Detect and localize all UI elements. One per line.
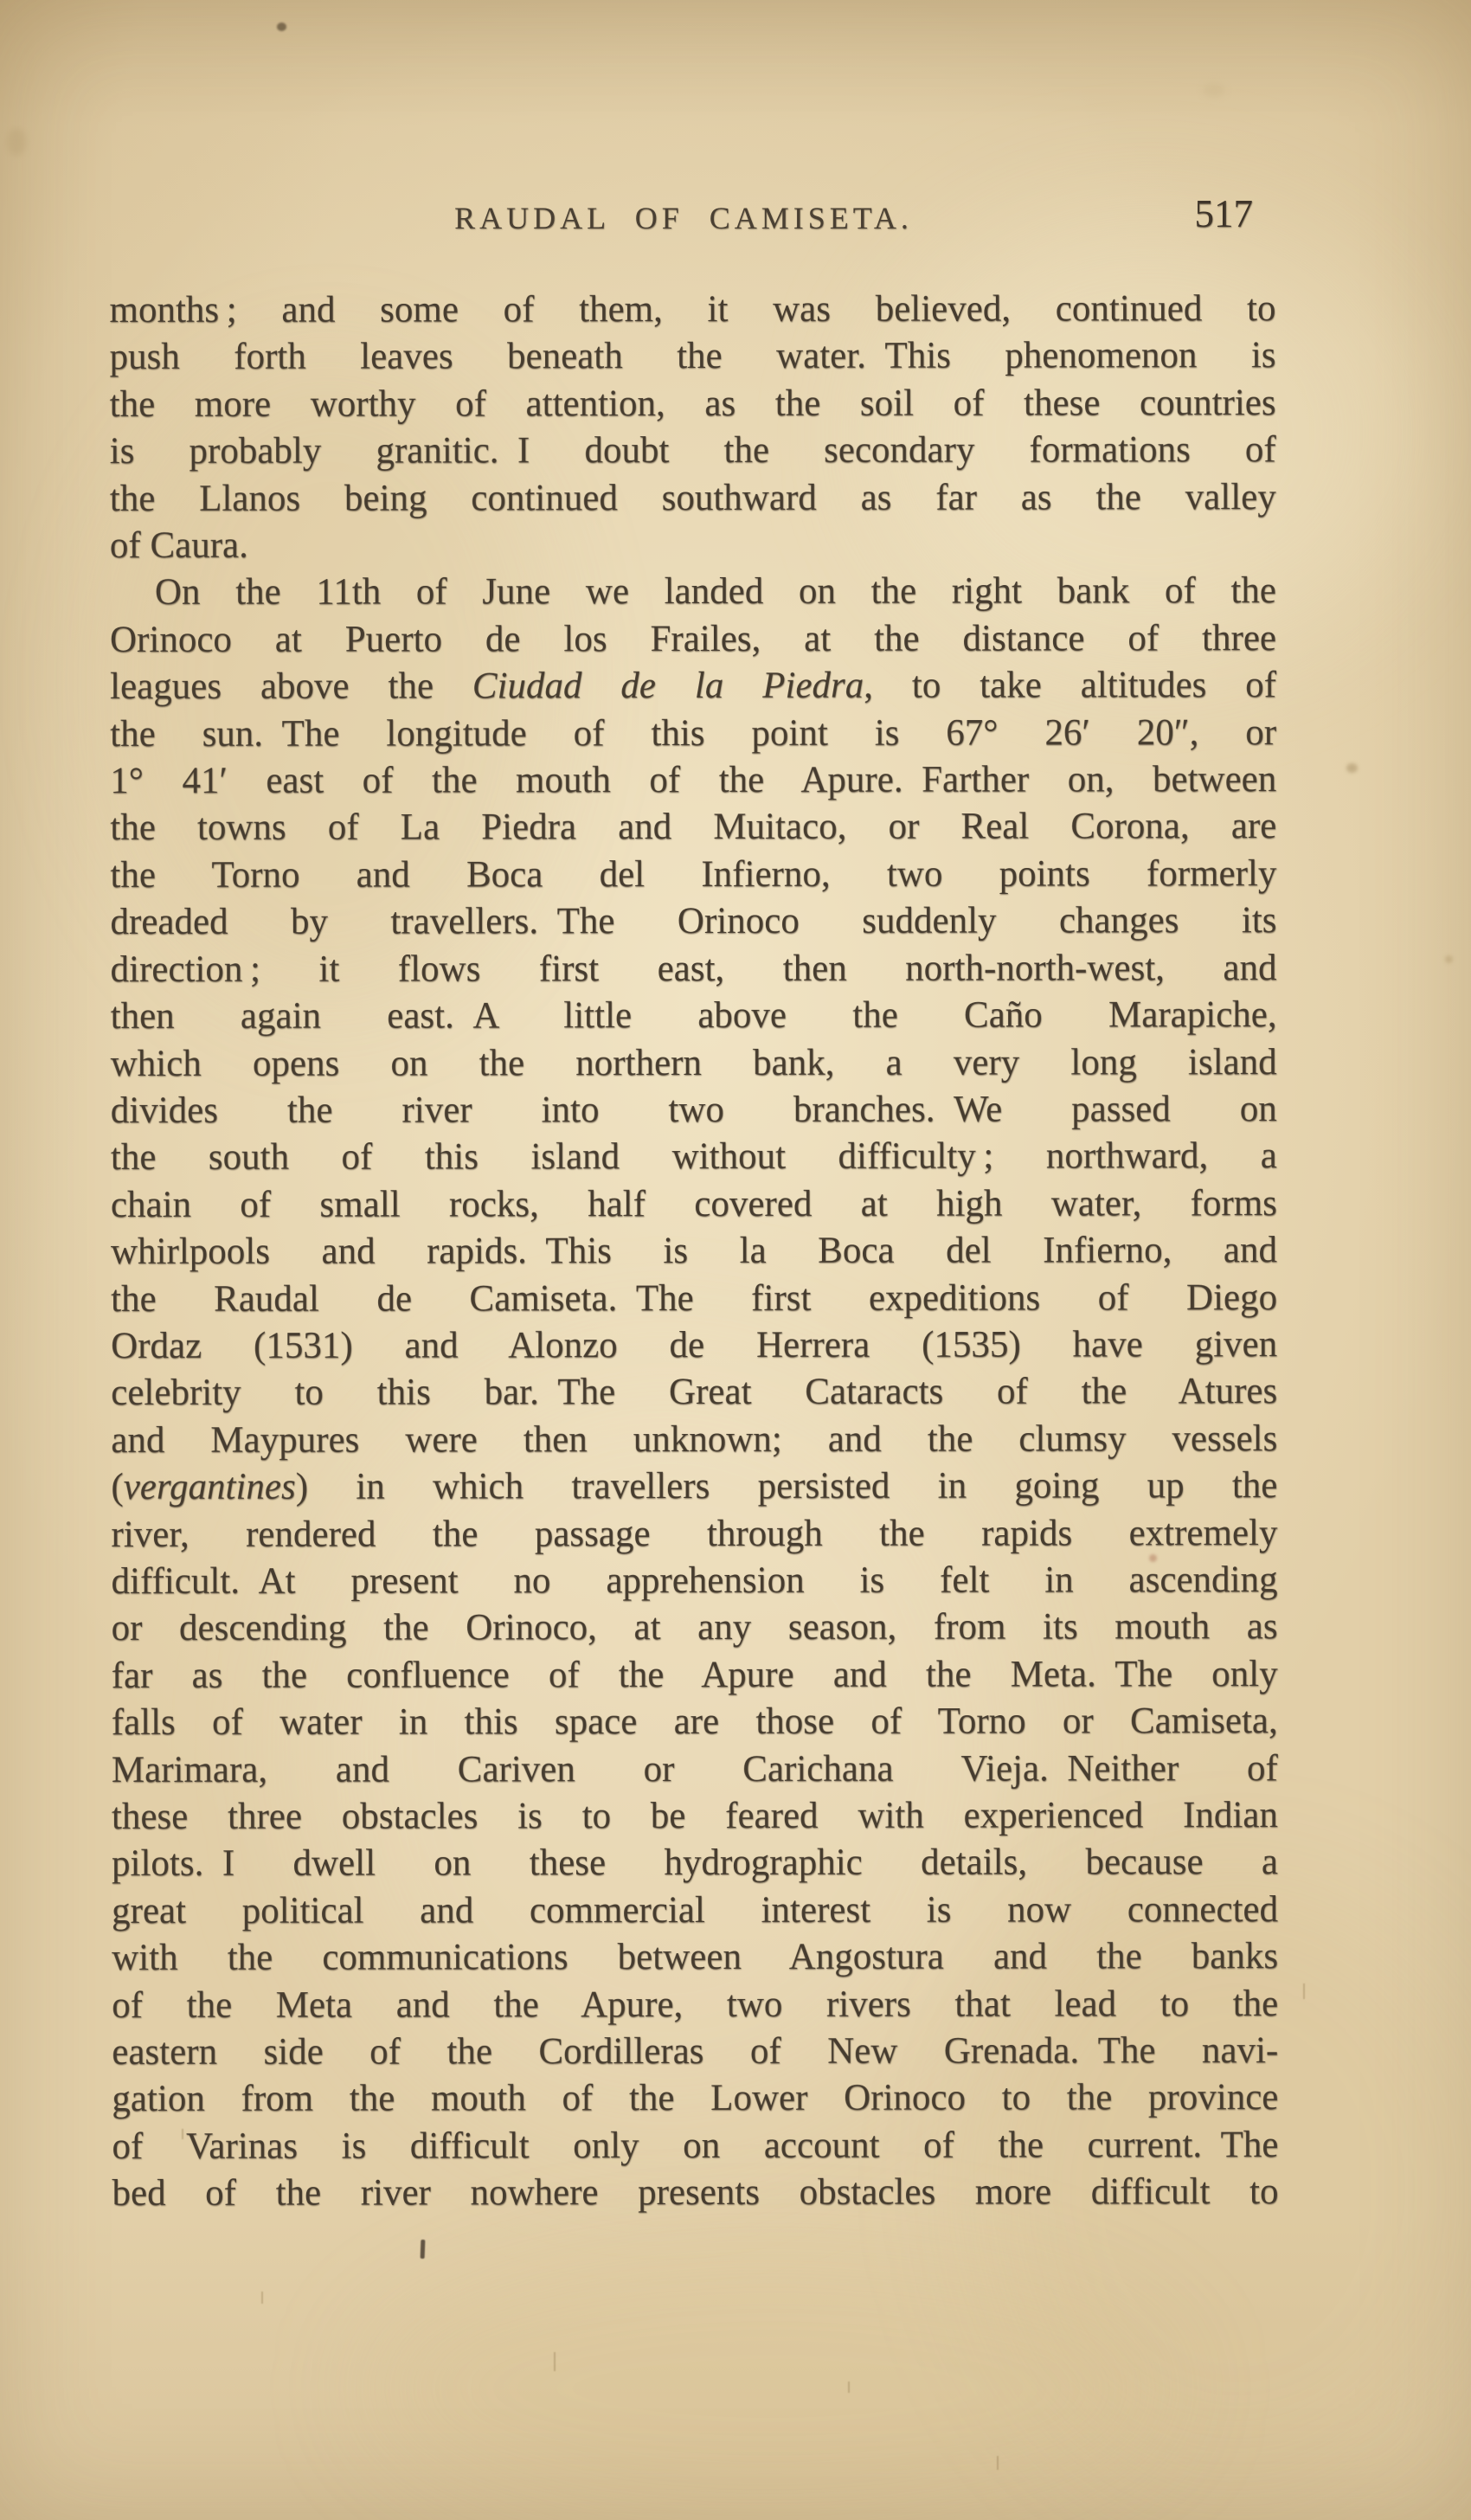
text-line: the south of this island without difficu… — [111, 1133, 1277, 1181]
page-sheet: RAUDAL OF CAMISETA. 517 months ; and som… — [0, 0, 1471, 2520]
text-line: the sun. The longitude of this point is … — [110, 710, 1276, 758]
paper-fiber — [1303, 1983, 1305, 1999]
paper-fiber — [261, 2292, 263, 2304]
text-line: chain of small rocks, half covered at hi… — [111, 1180, 1277, 1229]
text-line: leagues above the Ciudad de la Piedra, t… — [110, 662, 1276, 710]
text-line: months ; and some of them, it was believ… — [109, 286, 1275, 334]
text-line: gation from the mouth of the Lower Orino… — [112, 2074, 1278, 2123]
text-line: which opens on the northern bank, a very… — [111, 1039, 1277, 1088]
text-line: eastern side of the Cordilleras of New G… — [112, 2028, 1278, 2076]
text-line: celebrity to this bar. The Great Catarac… — [111, 1368, 1277, 1417]
ink-smudge — [421, 2240, 426, 2259]
text-line: is probably granitic. I doubt the second… — [110, 427, 1276, 475]
running-header-title: RAUDAL OF CAMISETA. — [100, 200, 1267, 236]
text-line: these three obstacles is to be feared wi… — [112, 1792, 1278, 1841]
text-line: of Caura. — [110, 521, 1276, 569]
text-line: far as the confluence of the Apure and t… — [112, 1651, 1278, 1700]
text-line: Marimara, and Cariven or Carichana Vieja… — [112, 1745, 1278, 1794]
paper-speck — [277, 22, 286, 31]
text-line: the Raudal de Camiseta. The first expedi… — [111, 1275, 1277, 1323]
text-line: (vergantines) in which travellers persis… — [111, 1462, 1277, 1511]
text-line: river, rendered the passage through the … — [111, 1510, 1277, 1559]
paper-fiber — [848, 2382, 850, 2393]
text-line: falls of water in this space are those o… — [112, 1698, 1278, 1746]
running-header: RAUDAL OF CAMISETA. 517 — [111, 195, 1277, 241]
text-line: divides the river into two branches. We … — [111, 1086, 1277, 1135]
text-line: and Maypures were then unknown; and the … — [111, 1416, 1277, 1464]
text-line: the more worthy of attention, as the soi… — [110, 380, 1276, 428]
paper-fiber — [554, 2352, 556, 2371]
paper-fiber — [997, 2456, 999, 2470]
text-line: the Llanos being continued southward as … — [110, 474, 1276, 523]
text-line: with the communications between Angostur… — [112, 1933, 1278, 1982]
text-line: pilots. I dwell on these hydrographic de… — [112, 1839, 1278, 1887]
page-number: 517 — [1195, 191, 1254, 236]
text-line: great political and commercial interest … — [112, 1887, 1278, 1935]
text-line: dreaded by travellers. The Orinoco sudde… — [110, 897, 1276, 946]
paper-speck — [1203, 83, 1225, 97]
text-line: Orinoco at Puerto de los Frailes, at the… — [110, 615, 1276, 664]
text-line: difficult. At present no apprehension is… — [111, 1557, 1277, 1605]
text-line: whirlpools and rapids. This is la Boca d… — [111, 1227, 1277, 1276]
text-line: push forth leaves beneath the water. Thi… — [110, 332, 1276, 381]
text-line: On the 11th of June we landed on the rig… — [110, 568, 1276, 616]
text-line: then again east. A little above the Caño… — [111, 992, 1277, 1040]
text-line: bed of the river nowhere presents obstac… — [112, 2169, 1278, 2217]
paper-blotch — [363, 2250, 1177, 2520]
text-line: direction ; it flows first east, then no… — [111, 945, 1277, 993]
text-block: months ; and some of them, it was believ… — [109, 286, 1278, 2218]
paper-speck — [1346, 763, 1358, 773]
paper-speck — [7, 128, 26, 156]
text-line: 1° 41′ east of the mouth of the Apure. F… — [110, 756, 1276, 805]
text-line: of Varinas is difficult only on account … — [112, 2122, 1278, 2170]
text-line: or descending the Orinoco, at any season… — [112, 1604, 1278, 1652]
text-line: the towns of La Piedra and Muitaco, or R… — [110, 804, 1276, 852]
text-line: the Torno and Boca del Infierno, two poi… — [110, 851, 1276, 899]
text-line: of the Meta and the Apure, two rivers th… — [112, 1981, 1278, 2029]
paper-speck — [1445, 955, 1453, 963]
text-line: Ordaz (1531) and Alonzo de Herrera (1535… — [111, 1321, 1277, 1370]
